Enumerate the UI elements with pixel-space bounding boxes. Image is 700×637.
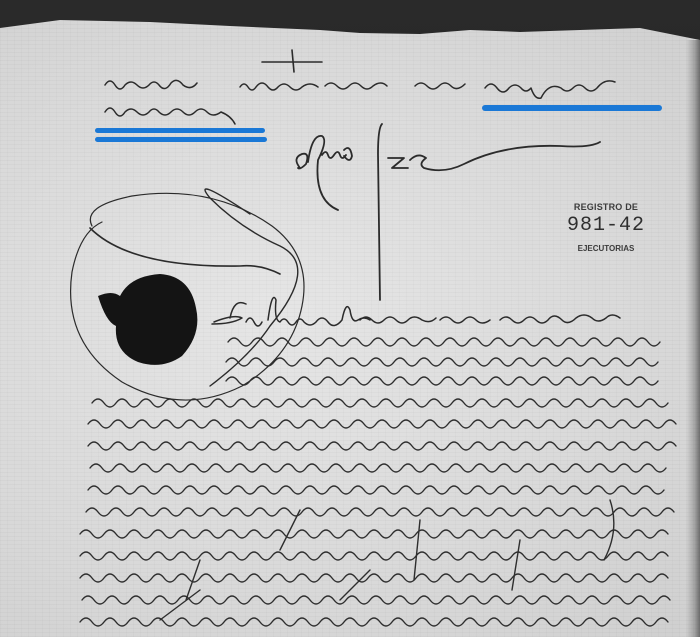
- highlight-underline-2b: [95, 137, 267, 142]
- signature-flourish: [296, 124, 600, 300]
- stamp-top-text: REGISTRO DE: [558, 202, 654, 212]
- header-line-1: [105, 80, 615, 98]
- cross-mark-icon: [262, 50, 322, 72]
- manuscript-page: REGISTRO DE 981-42 EJECUTORIAS: [0, 0, 700, 637]
- handwriting-layer: [0, 0, 700, 637]
- stamp-number: 981-42: [558, 214, 654, 237]
- loop-flourish-2: [205, 189, 298, 386]
- header-line-2: [105, 108, 235, 124]
- stamp-bottom-text: EJECUTORIAS: [558, 244, 654, 253]
- highlight-underline-1: [482, 105, 662, 111]
- loop-flourish-1: [90, 228, 280, 274]
- highlight-underline-2a: [95, 128, 265, 133]
- ink-blot: [98, 274, 197, 365]
- archive-stamp: REGISTRO DE 981-42 EJECUTORIAS: [558, 198, 654, 268]
- body-text-lines: [80, 338, 676, 626]
